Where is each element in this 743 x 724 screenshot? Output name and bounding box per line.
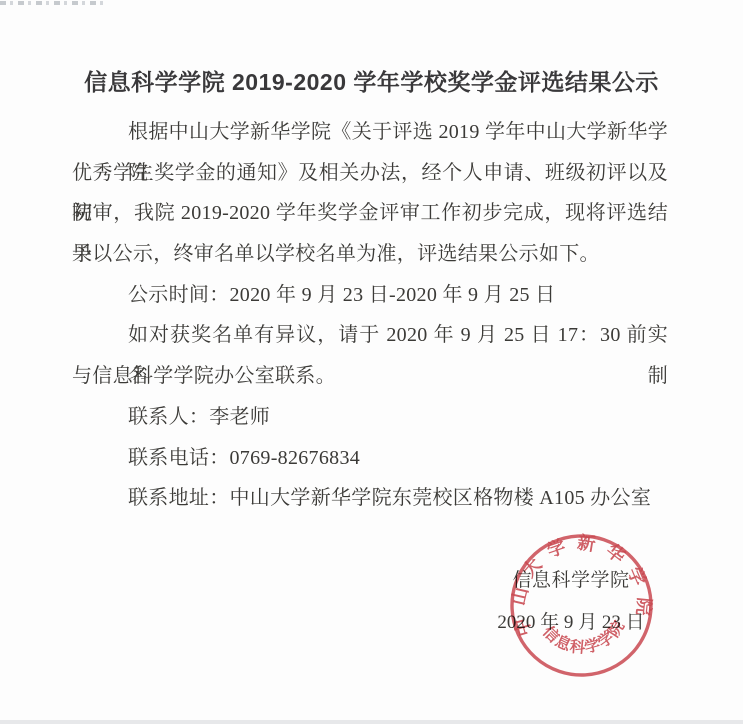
body-line-publicity-period: 公示时间：2020 年 9 月 23 日-2020 年 9 月 25 日 xyxy=(72,275,668,316)
body-line: 如对获奖名单有异议，请于 2020 年 9 月 25 日 17：30 前实名制 xyxy=(72,315,668,356)
document-body: 根据中山大学新华学院《关于评选 2019 学年中山大学新华学院 优秀学生奖学金的… xyxy=(72,112,668,519)
official-seal-stamp: 中山大学新华学院 信息科学学院 xyxy=(500,524,663,687)
body-line: 优秀学生奖学金的通知》及相关办法，经个人申请、班级初评以及院 xyxy=(72,153,668,194)
scanner-edge-shadow xyxy=(0,720,743,724)
svg-text:中山大学新华学院: 中山大学新华学院 xyxy=(503,527,657,639)
seal-inner-text: 信息科学学院 xyxy=(538,615,630,659)
seal-outer-text: 中山大学新华学院 xyxy=(503,527,657,639)
body-line-contact-person: 联系人：李老师 xyxy=(72,397,668,438)
svg-text:信息科学学院: 信息科学学院 xyxy=(538,615,630,659)
body-line-contact-phone: 联系电话：0769-82676834 xyxy=(72,438,668,479)
body-line: 予以公示，终审名单以学校名单为准，评选结果公示如下。 xyxy=(72,234,668,275)
scanner-artifact xyxy=(0,1,106,5)
body-line: 根据中山大学新华学院《关于评选 2019 学年中山大学新华学院 xyxy=(72,112,668,153)
scanned-document-page: 信息科学学院 2019-2020 学年学校奖学金评选结果公示 根据中山大学新华学… xyxy=(0,0,743,724)
body-line: 初审，我院 2019-2020 学年奖学金评审工作初步完成，现将评选结果 xyxy=(72,193,668,234)
body-line-contact-address: 联系地址：中山大学新华学院东莞校区格物楼 A105 办公室 xyxy=(72,478,668,519)
document-title: 信息科学学院 2019-2020 学年学校奖学金评选结果公示 xyxy=(0,64,743,97)
